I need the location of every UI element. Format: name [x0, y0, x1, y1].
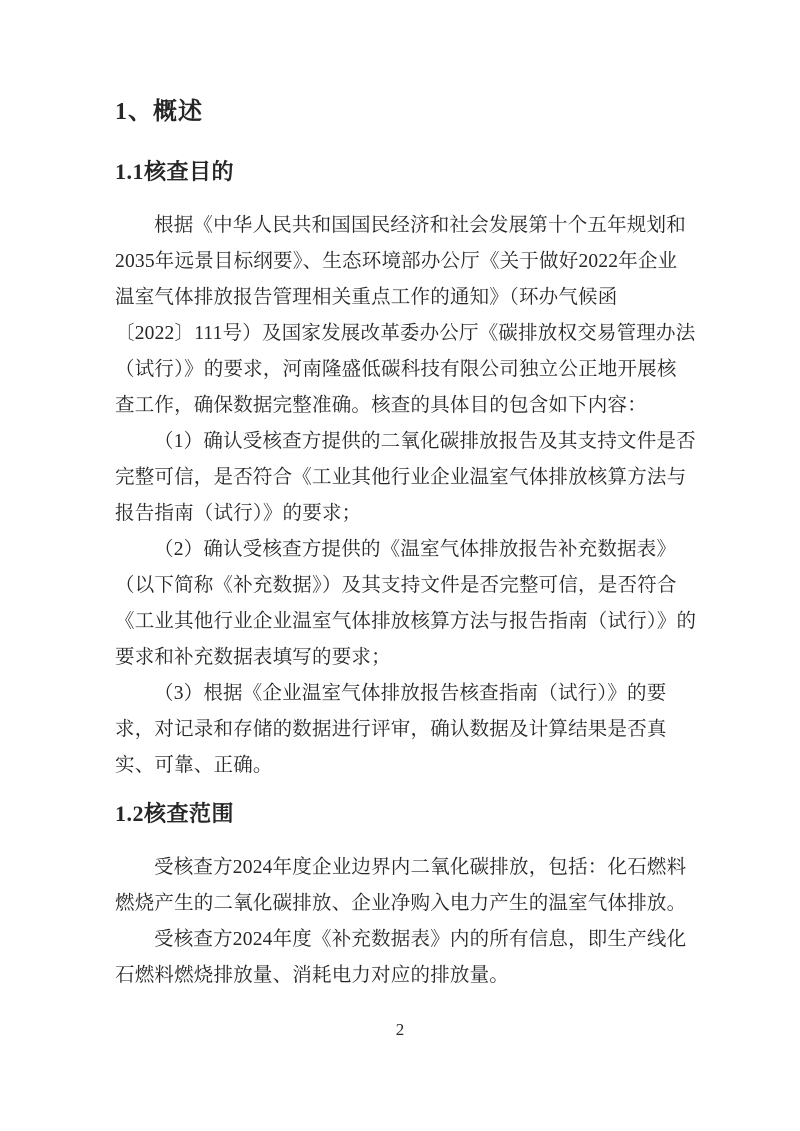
document-body: 1.1核查目的根据《中华人民共和国国民经济和社会发展第十个五年规划和2035年远…	[115, 158, 690, 994]
paragraph-line: 石燃料燃烧排放量、消耗电力对应的排放量。	[115, 958, 690, 994]
paragraph-line: 要求和补充数据表填写的要求；	[115, 640, 690, 676]
paragraph-line: 温室气体排放报告管理相关重点工作的通知》（环办气候函	[115, 280, 690, 316]
paragraph-line: （以下简称《补充数据》）及其支持文件是否完整可信，是否符合	[115, 568, 690, 604]
paragraph-line: 求，对记录和存储的数据进行评审，确认数据及计算结果是否真	[115, 712, 690, 748]
section-heading: 1.1核查目的	[115, 158, 690, 186]
paragraph-line: 根据《中华人民共和国国民经济和社会发展第十个五年规划和	[115, 208, 690, 244]
paragraph-line: 燃烧产生的二氧化碳排放、企业净购入电力产生的温室气体排放。	[115, 886, 690, 922]
paragraph-line: 受核查方2024年度企业边界内二氧化碳排放，包括：化石燃料	[115, 850, 690, 886]
paragraph-line: 《工业其他行业企业温室气体排放核算方法与报告指南（试行）》的	[115, 604, 690, 640]
paragraph: （2）确认受核查方提供的《温室气体排放报告补充数据表》（以下简称《补充数据》）及…	[115, 532, 690, 676]
page-number: 2	[0, 1020, 800, 1040]
paragraph: 受核查方2024年度企业边界内二氧化碳排放，包括：化石燃料燃烧产生的二氧化碳排放…	[115, 850, 690, 922]
paragraph-line: 查工作，确保数据完整准确。核查的具体目的包含如下内容：	[115, 388, 690, 424]
paragraph-line: （3）根据《企业温室气体排放报告核查指南（试行）》的要	[115, 676, 690, 712]
paragraph-line: 2035年远景目标纲要》、生态环境部办公厅《关于做好2022年企业	[115, 244, 690, 280]
document-page: 1、概述 1.1核查目的根据《中华人民共和国国民经济和社会发展第十个五年规划和2…	[0, 0, 800, 1131]
paragraph: 受核查方2024年度《补充数据表》内的所有信息，即生产线化石燃料燃烧排放量、消耗…	[115, 922, 690, 994]
chapter-heading: 1、概述	[115, 98, 690, 126]
paragraph: 根据《中华人民共和国国民经济和社会发展第十个五年规划和2035年远景目标纲要》、…	[115, 208, 690, 424]
paragraph-line: 〔2022〕111号）及国家发展改革委办公厅《碳排放权交易管理办法	[115, 316, 690, 352]
paragraph-line: 报告指南（试行）》的要求；	[115, 496, 690, 532]
paragraph-line: 完整可信，是否符合《工业其他行业企业温室气体排放核算方法与	[115, 460, 690, 496]
paragraph-line: （试行）》的要求，河南隆盛低碳科技有限公司独立公正地开展核	[115, 352, 690, 388]
paragraph: （1）确认受核查方提供的二氧化碳排放报告及其支持文件是否完整可信，是否符合《工业…	[115, 424, 690, 532]
paragraph-line: 实、可靠、正确。	[115, 748, 690, 784]
section-heading: 1.2核查范围	[115, 800, 690, 828]
paragraph-line: （2）确认受核查方提供的《温室气体排放报告补充数据表》	[115, 532, 690, 568]
paragraph: （3）根据《企业温室气体排放报告核查指南（试行）》的要求，对记录和存储的数据进行…	[115, 676, 690, 784]
paragraph-line: （1）确认受核查方提供的二氧化碳排放报告及其支持文件是否	[115, 424, 690, 460]
paragraph-line: 受核查方2024年度《补充数据表》内的所有信息，即生产线化	[115, 922, 690, 958]
